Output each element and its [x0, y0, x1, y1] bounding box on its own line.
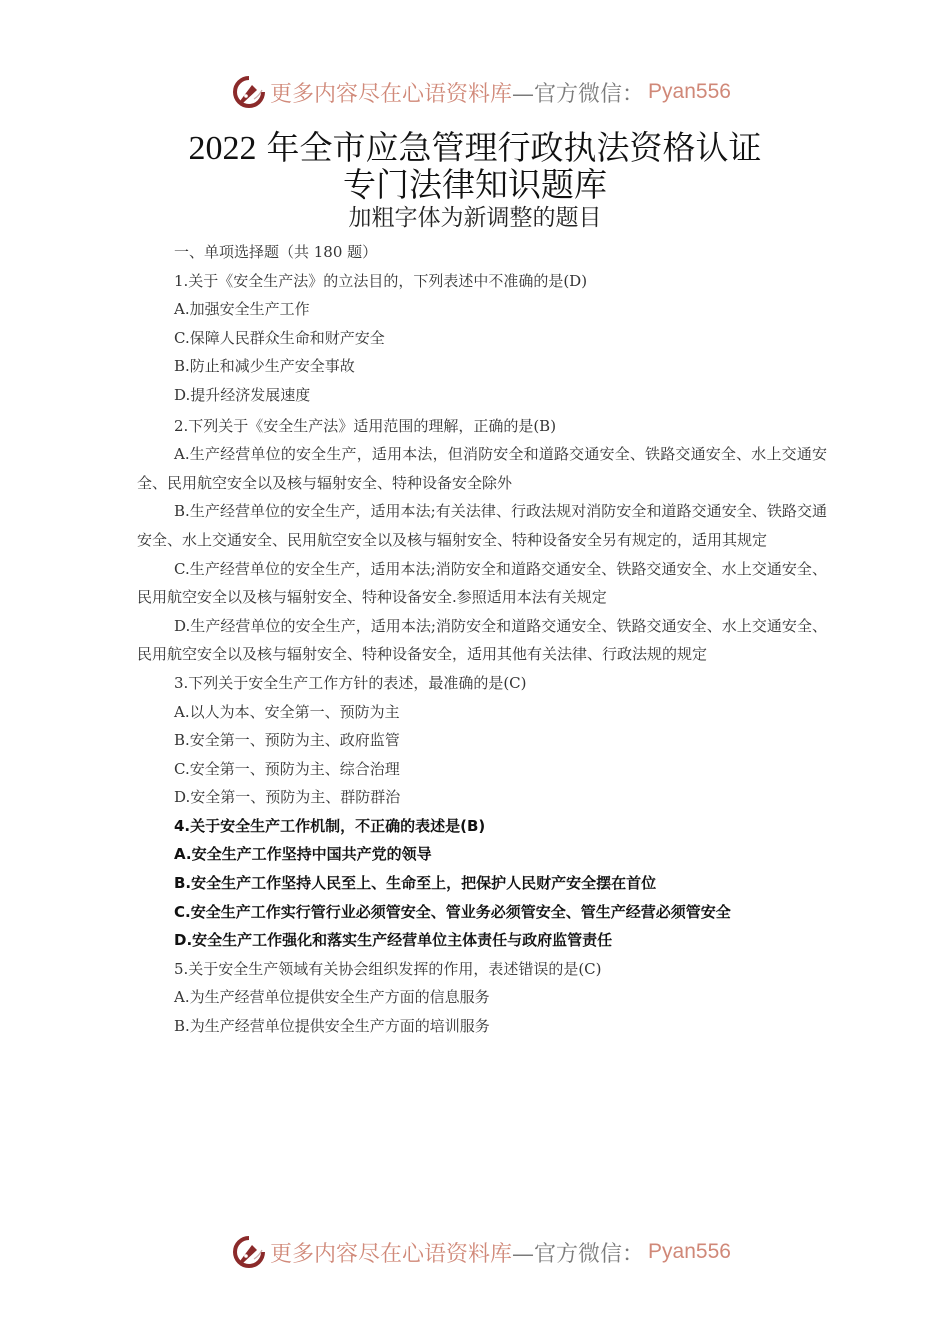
watermark-wechat-label: —官方微信：	[512, 77, 644, 108]
option: C.生产经营单位的安全生产，适用本法;消防安全和道路交通安全、铁路交通安全、水上…	[137, 555, 827, 612]
question-stem: 5.关于安全生产领域有关协会组织发挥的作用，表述错误的是(C)	[137, 955, 827, 984]
option: C.保障人民群众生命和财产安全	[137, 324, 827, 353]
option: A.安全生产工作坚持中国共产党的领导	[137, 840, 827, 869]
section-heading: 一、单项选择题（共 180 题）	[137, 238, 827, 267]
question-stem: 2.下列关于《安全生产法》适用范围的理解，正确的是(B)	[137, 412, 827, 441]
question-stem: 4.关于安全生产工作机制，不正确的表述是(B)	[137, 812, 827, 841]
watermark-banner-bottom: 更多内容尽在心语资料库 —官方微信： Pyan556	[232, 1234, 731, 1270]
watermark-text: 更多内容尽在心语资料库	[270, 77, 512, 108]
question-stem: 1.关于《安全生产法》的立法目的，下列表述中不准确的是(D)	[137, 267, 827, 296]
question-3: 3.下列关于安全生产工作方针的表述，最准确的是(C) A.以人为本、安全第一、预…	[137, 669, 827, 812]
document-body: 一、单项选择题（共 180 题） 1.关于《安全生产法》的立法目的，下列表述中不…	[137, 238, 827, 1041]
option: D.提升经济发展速度	[137, 381, 827, 410]
option: B.为生产经营单位提供安全生产方面的培训服务	[137, 1012, 827, 1041]
option: A.以人为本、安全第一、预防为主	[137, 698, 827, 727]
watermark-banner-top: 更多内容尽在心语资料库 —官方微信： Pyan556	[232, 74, 731, 110]
option: B.生产经营单位的安全生产，适用本法;有关法律、行政法规对消防安全和道路交通安全…	[137, 497, 827, 554]
option: B.安全生产工作坚持人民至上、生命至上，把保护人民财产安全摆在首位	[137, 869, 827, 898]
question-5: 5.关于安全生产领域有关协会组织发挥的作用，表述错误的是(C) A.为生产经营单…	[137, 955, 827, 1041]
option: D.安全生产工作强化和落实生产经营单位主体责任与政府监管责任	[137, 926, 827, 955]
option: A.加强安全生产工作	[137, 295, 827, 324]
question-1: 1.关于《安全生产法》的立法目的，下列表述中不准确的是(D) A.加强安全生产工…	[137, 267, 827, 410]
option: B.防止和减少生产安全事故	[137, 352, 827, 381]
watermark-wechat-id: Pyan556	[648, 80, 731, 104]
option: C.安全生产工作实行管行业必须管安全、管业务必须管安全、管生产经营必须管安全	[137, 898, 827, 927]
document-subtitle: 加粗字体为新调整的题目	[0, 204, 950, 232]
title-year: 2022	[189, 130, 257, 167]
watermark-text: 更多内容尽在心语资料库	[270, 1237, 512, 1268]
question-2: 2.下列关于《安全生产法》适用范围的理解，正确的是(B) A.生产经营单位的安全…	[137, 412, 827, 669]
option: A.为生产经营单位提供安全生产方面的信息服务	[137, 983, 827, 1012]
watermark-wechat-id: Pyan556	[648, 1240, 731, 1264]
option: D.安全第一、预防为主、群防群治	[137, 783, 827, 812]
option: D.生产经营单位的安全生产，适用本法;消防安全和道路交通安全、铁路交通安全、水上…	[137, 612, 827, 669]
document-title-line2: 专门法律知识题库	[0, 167, 950, 203]
pen-nib-logo-icon	[232, 75, 266, 109]
title-text: 年全市应急管理行政执法资格认证	[267, 128, 762, 167]
question-stem: 3.下列关于安全生产工作方针的表述，最准确的是(C)	[137, 669, 827, 698]
option: B.安全第一、预防为主、政府监管	[137, 726, 827, 755]
pen-nib-logo-icon	[232, 1235, 266, 1269]
document-title-line1: 2022年全市应急管理行政执法资格认证	[0, 130, 950, 167]
option: A.生产经营单位的安全生产，适用本法，但消防安全和道路交通安全、铁路交通安全、水…	[137, 440, 827, 497]
watermark-wechat-label: —官方微信：	[512, 1237, 644, 1268]
question-4-new: 4.关于安全生产工作机制，不正确的表述是(B) A.安全生产工作坚持中国共产党的…	[137, 812, 827, 955]
option: C.安全第一、预防为主、综合治理	[137, 755, 827, 784]
